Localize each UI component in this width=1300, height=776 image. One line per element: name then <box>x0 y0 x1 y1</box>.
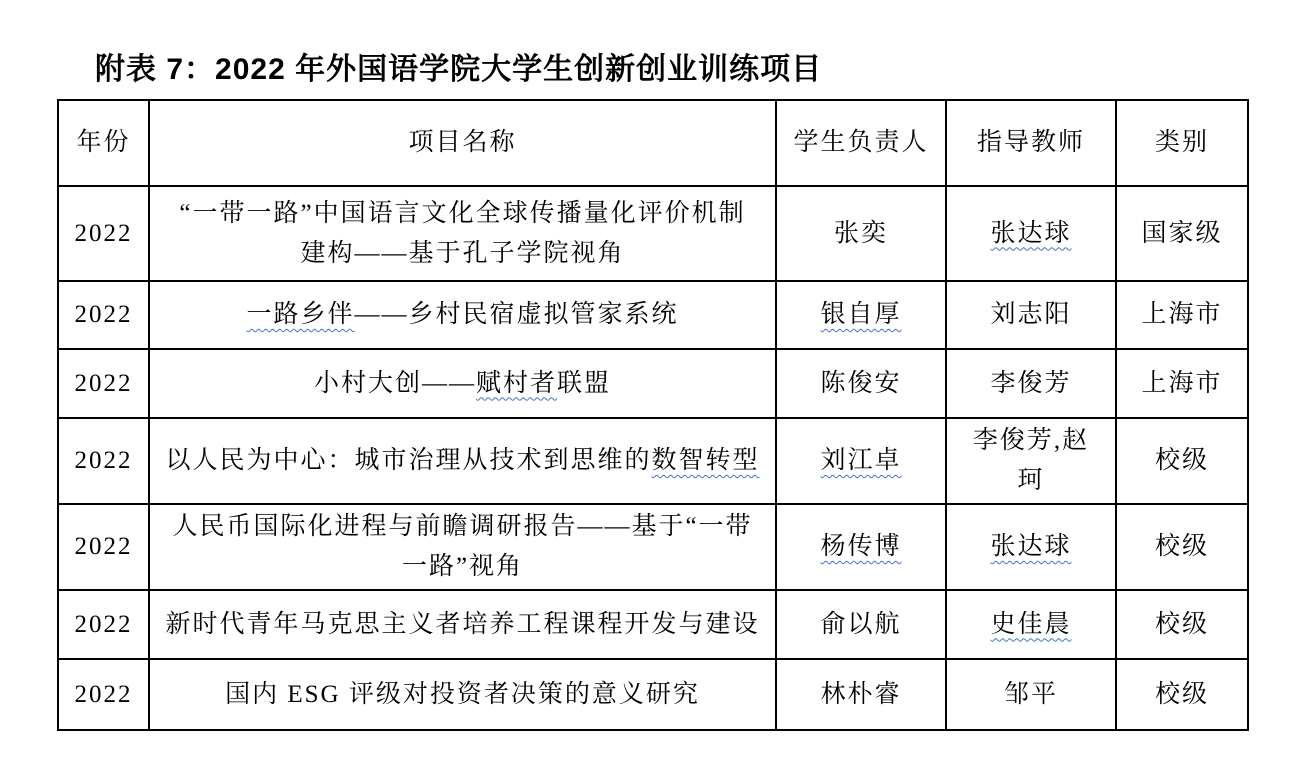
projects-table: 年份 项目名称 学生负责人 指导教师 类别 2022“一带一路”中国语言文化全球… <box>57 99 1249 731</box>
cell-student: 张奕 <box>776 186 946 281</box>
cell-text: 新时代青年马克思主义者培养工程课程开发与建设 <box>165 611 759 638</box>
cell-project: 以人民为中心：城市治理从技术到思维的数智转型 <box>149 418 776 504</box>
cell-text: 建构——基于孔子学院视角 <box>300 240 624 267</box>
cell-project: 小村大创——赋村者联盟 <box>149 349 776 418</box>
header-student: 学生负责人 <box>776 100 946 186</box>
spellcheck-squiggle-text: 张达球 <box>990 220 1071 247</box>
spellcheck-squiggle-text: 杨传博 <box>820 533 901 560</box>
table-row: 2022一路乡伴——乡村民宿虚拟管家系统银自厚刘志阳上海市 <box>58 281 1248 349</box>
cell-year: 2022 <box>58 418 149 504</box>
cell-text: 刘志阳 <box>990 301 1071 328</box>
cell-text: “一带一路”中国语言文化全球传播量化评价机制 <box>179 200 745 227</box>
cell-project: 新时代青年马克思主义者培养工程课程开发与建设 <box>149 590 776 659</box>
cell-student: 杨传博 <box>776 504 946 590</box>
cell-text: 以人民为中心：城市治理从技术到思维的 <box>165 447 651 474</box>
spellcheck-squiggle-text: 史佳晨 <box>990 611 1071 638</box>
cell-category: 校级 <box>1116 504 1248 590</box>
cell-student: 刘江卓 <box>776 418 946 504</box>
cell-category: 上海市 <box>1116 349 1248 418</box>
cell-advisor: 张达球 <box>946 504 1116 590</box>
cell-text: 林朴睿 <box>820 681 901 708</box>
table-header: 年份 项目名称 学生负责人 指导教师 类别 <box>58 100 1248 186</box>
table-row: 2022以人民为中心：城市治理从技术到思维的数智转型刘江卓李俊芳,赵珂校级 <box>58 418 1248 504</box>
page-title: 附表 7：2022 年外国语学院大学生创新创业训练项目 <box>95 44 822 88</box>
cell-advisor: 张达球 <box>946 186 1116 281</box>
table-row: 2022人民币国际化进程与前瞻调研报告——基于“一带一路”视角杨传博张达球校级 <box>58 504 1248 590</box>
header-advisor: 指导教师 <box>946 100 1116 186</box>
cell-year: 2022 <box>58 186 149 281</box>
cell-advisor: 史佳晨 <box>946 590 1116 659</box>
cell-text: 张奕 <box>834 220 888 247</box>
table-row: 2022国内 ESG 评级对投资者决策的意义研究林朴睿邹平校级 <box>58 659 1248 730</box>
cell-text: 俞以航 <box>820 611 901 638</box>
cell-advisor: 李俊芳,赵珂 <box>946 418 1116 504</box>
cell-year: 2022 <box>58 504 149 590</box>
cell-student: 林朴睿 <box>776 659 946 730</box>
cell-text: 联盟 <box>557 370 611 397</box>
cell-year: 2022 <box>58 281 149 349</box>
cell-advisor: 李俊芳 <box>946 349 1116 418</box>
cell-advisor: 刘志阳 <box>946 281 1116 349</box>
spellcheck-squiggle-text: 刘江卓 <box>820 447 901 474</box>
header-row: 年份 项目名称 学生负责人 指导教师 类别 <box>58 100 1248 186</box>
cell-text: 小村大创—— <box>314 370 476 397</box>
cell-student: 银自厚 <box>776 281 946 349</box>
spellcheck-squiggle-text: 张达球 <box>990 533 1071 560</box>
cell-text: 国内 ESG 评级对投资者决策的意义研究 <box>225 681 700 708</box>
cell-student: 陈俊安 <box>776 349 946 418</box>
cell-text: 邹平 <box>1004 681 1058 708</box>
cell-year: 2022 <box>58 349 149 418</box>
spellcheck-squiggle-text: 一路乡伴 <box>246 301 354 328</box>
cell-student: 俞以航 <box>776 590 946 659</box>
cell-category: 校级 <box>1116 590 1248 659</box>
cell-year: 2022 <box>58 590 149 659</box>
table-row: 2022小村大创——赋村者联盟陈俊安李俊芳上海市 <box>58 349 1248 418</box>
cell-advisor: 邹平 <box>946 659 1116 730</box>
cell-text: 李俊芳 <box>990 370 1071 397</box>
cell-text: 珂 <box>1017 467 1044 494</box>
cell-category: 上海市 <box>1116 281 1248 349</box>
document-page: 附表 7：2022 年外国语学院大学生创新创业训练项目 年份 项目名称 学生负责… <box>0 0 1300 776</box>
spellcheck-squiggle-text: 银自厚 <box>820 301 901 328</box>
cell-year: 2022 <box>58 659 149 730</box>
table-body: 2022“一带一路”中国语言文化全球传播量化评价机制建构——基于孔子学院视角张奕… <box>58 186 1248 730</box>
table-row: 2022新时代青年马克思主义者培养工程课程开发与建设俞以航史佳晨校级 <box>58 590 1248 659</box>
cell-category: 校级 <box>1116 418 1248 504</box>
cell-category: 校级 <box>1116 659 1248 730</box>
cell-text: 陈俊安 <box>820 370 901 397</box>
table-row: 2022“一带一路”中国语言文化全球传播量化评价机制建构——基于孔子学院视角张奕… <box>58 186 1248 281</box>
cell-text: 人民币国际化进程与前瞻调研报告——基于“一带 <box>172 513 752 540</box>
cell-text: ——乡村民宿虚拟管家系统 <box>355 301 679 328</box>
cell-text: 一路”视角 <box>402 553 523 580</box>
header-project: 项目名称 <box>149 100 776 186</box>
header-category: 类别 <box>1116 100 1248 186</box>
cell-text: 李俊芳,赵 <box>973 427 1089 454</box>
spellcheck-squiggle-text: 数智转型 <box>652 447 760 474</box>
cell-category: 国家级 <box>1116 186 1248 281</box>
cell-project: 人民币国际化进程与前瞻调研报告——基于“一带一路”视角 <box>149 504 776 590</box>
cell-project: “一带一路”中国语言文化全球传播量化评价机制建构——基于孔子学院视角 <box>149 186 776 281</box>
spellcheck-squiggle-text: 赋村者 <box>476 370 557 397</box>
cell-project: 国内 ESG 评级对投资者决策的意义研究 <box>149 659 776 730</box>
header-year: 年份 <box>58 100 149 186</box>
cell-project: 一路乡伴——乡村民宿虚拟管家系统 <box>149 281 776 349</box>
